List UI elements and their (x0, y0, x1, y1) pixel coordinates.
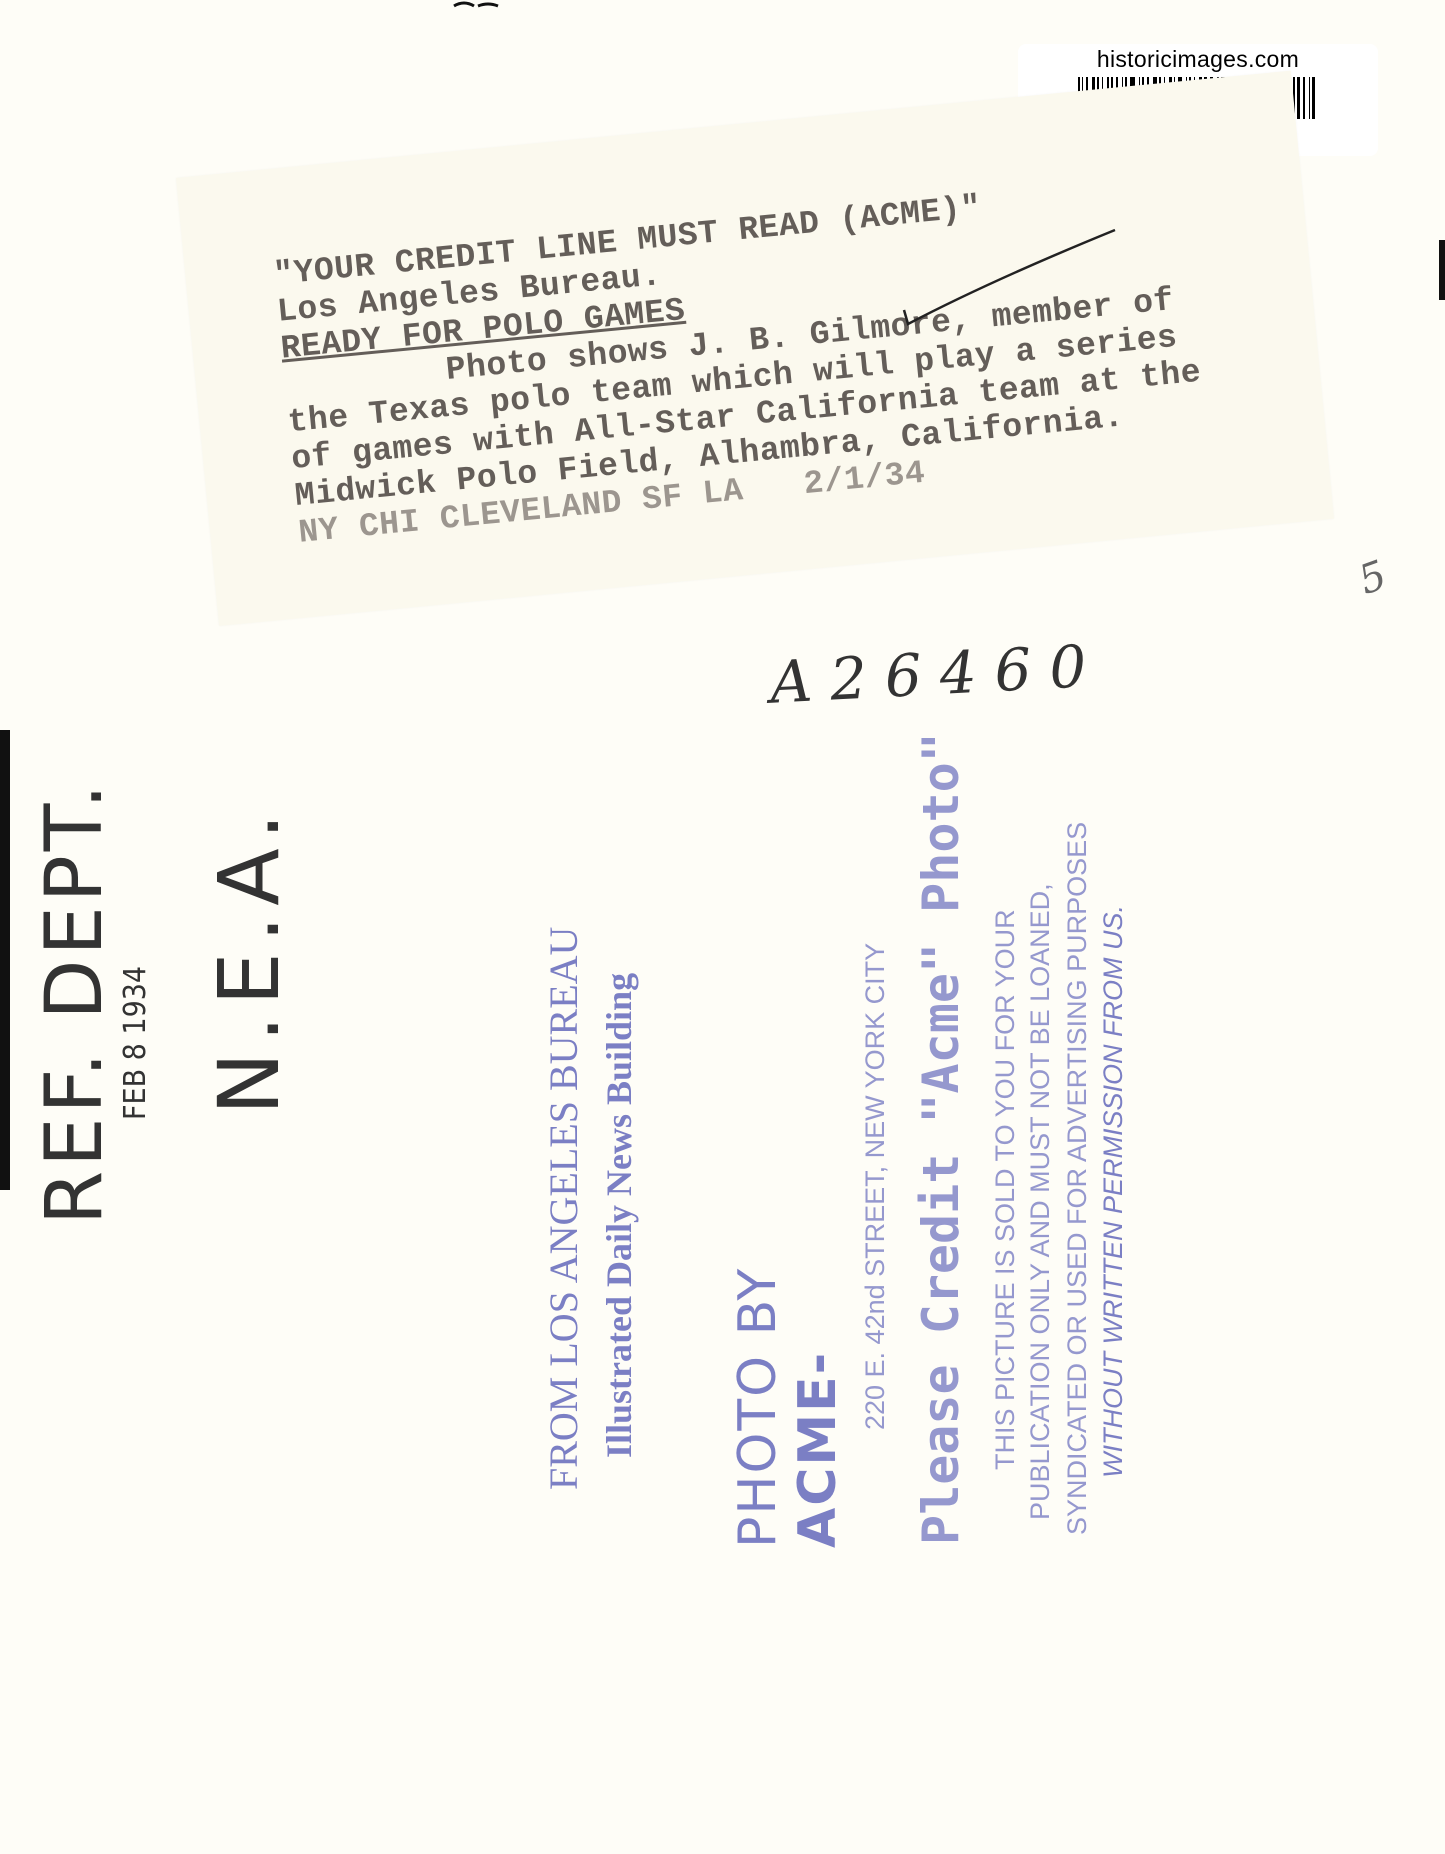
checkmark-icon (900, 226, 1120, 326)
label-site: historicimages.com (1018, 46, 1378, 73)
barcode-bar (1309, 77, 1310, 119)
barcode-bar (1297, 77, 1300, 119)
bureau-stamp-line-2: Illustrated Daily News Building (598, 973, 640, 1458)
barcode-bar (1303, 77, 1305, 119)
nea-stamp: N.E.A. (200, 803, 298, 1115)
usage-notice-line-2: PUBLICATION ONLY AND MUST NOT BE LOANED, (1025, 883, 1056, 1520)
credit-notice: Please Credit "Acme" Photo" (912, 732, 970, 1545)
left-edge-shadow (0, 730, 10, 1190)
ref-date-stamp: FEB 8 1934 (118, 966, 153, 1120)
usage-notice-line-3: SYNDICATED OR USED FOR ADVERTISING PURPO… (1062, 822, 1093, 1535)
acme-stamp: ACME- (788, 1351, 848, 1548)
usage-notice-line-4: WITHOUT WRITTEN PERMISSION FROM US. (1098, 905, 1129, 1478)
right-edge-mark (1439, 240, 1445, 300)
usage-notice-line-1: THIS PICTURE IS SOLD TO YOU FOR YOUR (990, 909, 1021, 1470)
acme-address: 220 E. 42nd STREET, NEW YORK CITY (860, 943, 891, 1430)
barcode-bar (1312, 77, 1315, 119)
photo-by-stamp: PHOTO BY (728, 1267, 788, 1548)
ink-mark-icon (452, 0, 522, 10)
ref-dept-stamp: REF. DEPT. (30, 780, 120, 1225)
bureau-stamp-line-1: FROM LOS ANGELES BUREAU (540, 927, 587, 1490)
